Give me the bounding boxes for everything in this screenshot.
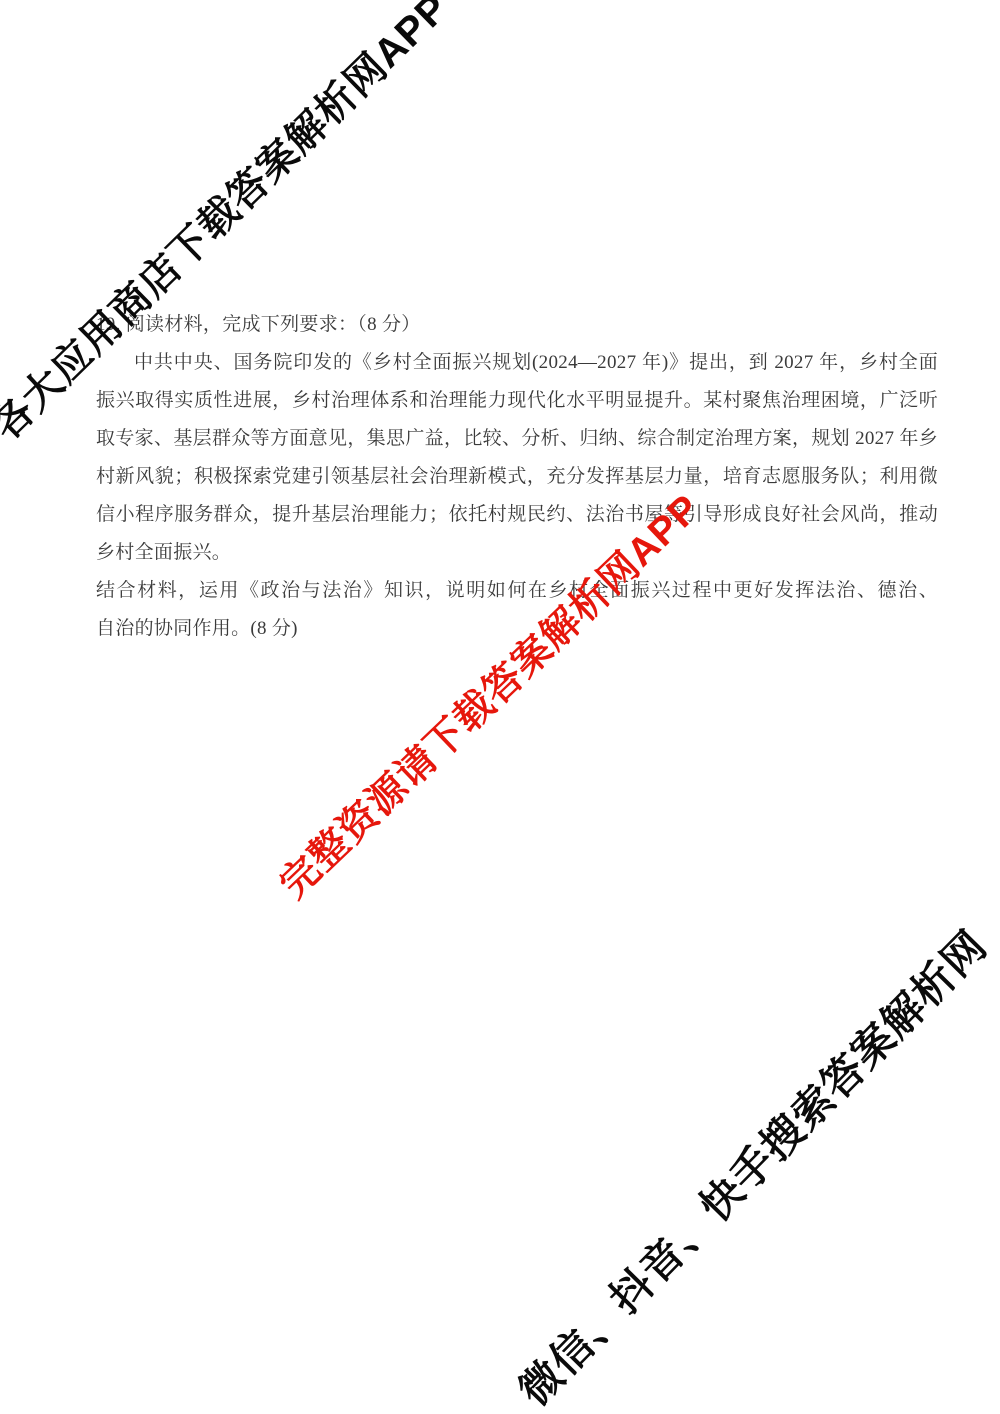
- question-body-line: 取专家、基层群众等方面意见，集思广益，比较、分析、归纳、综合制定治理方案，规划 …: [96, 420, 938, 458]
- question-body-line: 信小程序服务群众，提升基层治理能力；依托村规民约、法治书屋等引导形成良好社会风尚…: [96, 496, 938, 534]
- question-body-line: 村新风貌；积极探索党建引领基层社会治理新模式，充分发挥基层力量，培育志愿服务队；…: [96, 458, 938, 496]
- question-task-line: 结合材料，运用《政治与法治》知识，说明如何在乡村全面振兴过程中更好发挥法治、德治…: [96, 572, 938, 610]
- question-body-line: 振兴取得实质性进展，乡村治理体系和治理能力现代化水平明显提升。某村聚焦治理困境，…: [96, 382, 938, 420]
- question-header-line: 19. 阅读材料，完成下列要求：（8 分）: [96, 306, 938, 344]
- question-task-line: 自治的协同作用。(8 分): [96, 610, 938, 648]
- question-body-line: 乡村全面振兴。: [96, 534, 938, 572]
- scanned-exam-page: 19. 阅读材料，完成下列要求：（8 分） 中共中央、国务院印发的《乡村全面振兴…: [0, 0, 1000, 1414]
- question-body-line: 中共中央、国务院印发的《乡村全面振兴规划(2024—2027 年)》提出，到 2…: [96, 344, 938, 382]
- question-block: 19. 阅读材料，完成下列要求：（8 分） 中共中央、国务院印发的《乡村全面振兴…: [96, 306, 938, 648]
- watermark-bottom-right: 微信、抖音、快手搜索答案解析网: [509, 921, 997, 1414]
